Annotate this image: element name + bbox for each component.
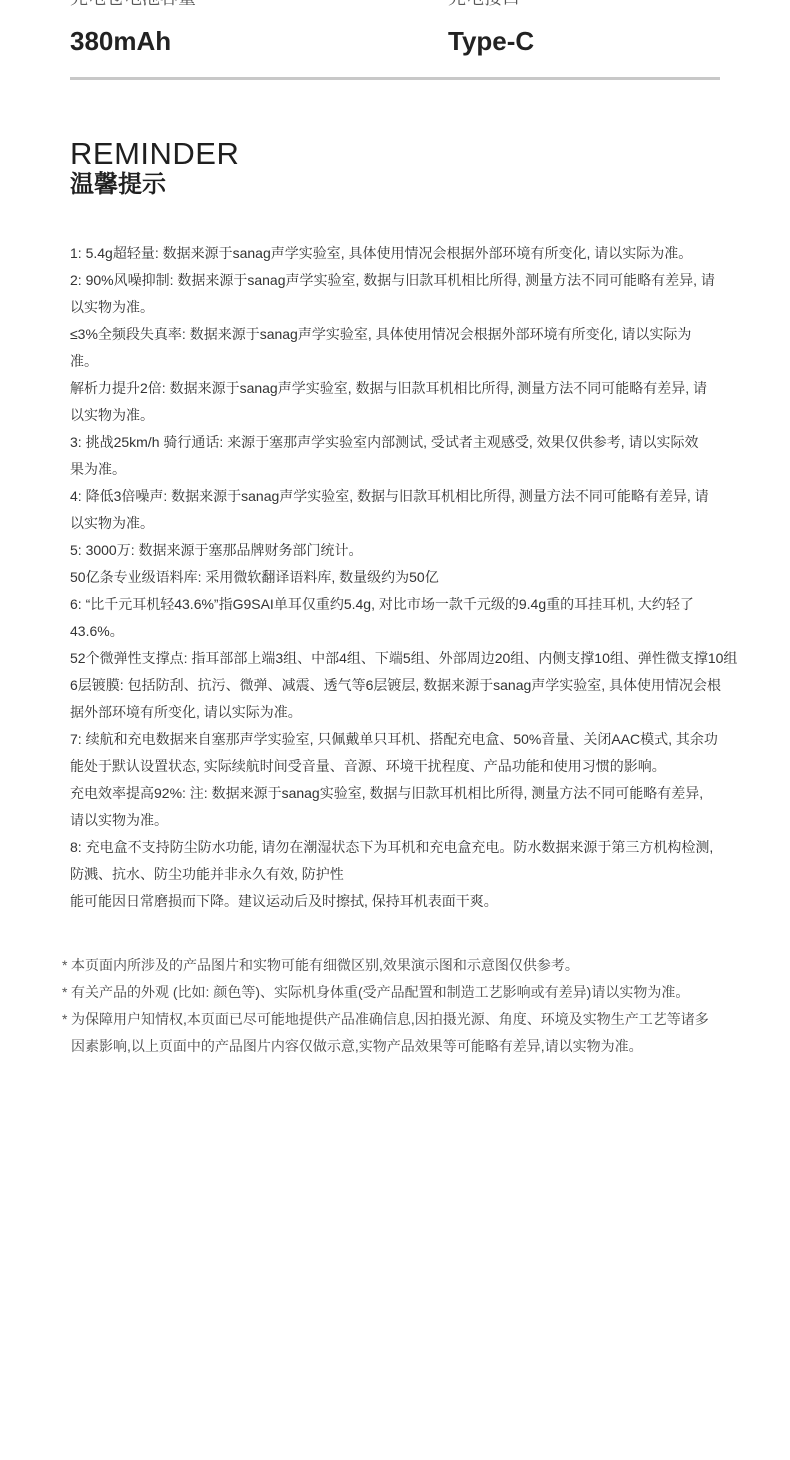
note-line: 4: 降低3倍噪声: 数据来源于sanag声学实验室, 数据与旧款耳机相比所得,… [70, 483, 742, 510]
spec-battery-capacity: 充电仓电池容量 380mAh [70, 0, 196, 56]
note-line: 准。 [70, 348, 742, 375]
disclaimer-item: * 有关产品的外观 (比如: 颜色等)、实际机身体重(受产品配置和制造工艺影响或… [62, 979, 742, 1006]
reminder-notes: 1: 5.4g超轻量: 数据来源于sanag声学实验室, 具体使用情况会根据外部… [70, 240, 742, 915]
note-line: 50亿条专业级语料库: 采用微软翻译语料库, 数量级约为50亿 [70, 564, 742, 591]
note-line: 43.6%。 [70, 618, 742, 645]
disclaimer-item: * 本页面内所涉及的产品图片和实物可能有细微区别,效果演示图和示意图仅供参考。 [62, 952, 742, 979]
asterisk-marker: * [62, 952, 71, 979]
spec-value: 380mAh [70, 26, 196, 56]
note-line: 3: 挑战25km/h 骑行通话: 来源于塞那声学实验室内部测试, 受试者主观感… [70, 429, 742, 456]
asterisk-marker: * [62, 979, 71, 1006]
disclaimer-text: 本页面内所涉及的产品图片和实物可能有细微区别,效果演示图和示意图仅供参考。 [71, 952, 579, 979]
note-line: 2: 90%风噪抑制: 数据来源于sanag声学实验室, 数据与旧款耳机相比所得… [70, 267, 742, 294]
spec-charging-port: 充电接口 Type-C [448, 0, 534, 56]
note-line: 请以实物为准。 [70, 807, 742, 834]
note-line: 以实物为准。 [70, 402, 742, 429]
note-line: 以实物为准。 [70, 294, 742, 321]
note-line: 充电效率提高92%: 注: 数据来源于sanag实验室, 数据与旧款耳机相比所得… [70, 780, 742, 807]
disclaimer-text: 有关产品的外观 (比如: 颜色等)、实际机身体重(受产品配置和制造工艺影响或有差… [71, 979, 689, 1006]
spec-value: Type-C [448, 26, 534, 56]
spec-row: 充电仓电池容量 380mAh 充电接口 Type-C [70, 0, 720, 80]
disclaimer-item: * 为保障用户知情权,本页面已尽可能地提供产品准确信息,因拍摄光源、角度、环境及… [62, 1006, 742, 1060]
note-line: 防溅、抗水、防尘功能并非永久有效, 防护性 [70, 861, 742, 888]
note-line: 据外部环境有所变化, 请以实际为准。 [70, 699, 742, 726]
note-line: 1: 5.4g超轻量: 数据来源于sanag声学实验室, 具体使用情况会根据外部… [70, 240, 742, 267]
reminder-subtitle: 温馨提示 [70, 170, 166, 200]
reminder-title: REMINDER [70, 136, 239, 172]
note-line: 5: 3000万: 数据来源于塞那品牌财务部门统计。 [70, 537, 742, 564]
section-divider [70, 77, 720, 80]
asterisk-marker: * [62, 1006, 71, 1060]
spec-label: 充电接口 [448, 0, 534, 10]
disclaimer-text: 为保障用户知情权,本页面已尽可能地提供产品准确信息,因拍摄光源、角度、环境及实物… [71, 1006, 709, 1060]
note-line: 以实物为准。 [70, 510, 742, 537]
note-line: 7: 续航和充电数据来自塞那声学实验室, 只佩戴单只耳机、搭配充电盒、50%音量… [70, 726, 742, 753]
note-line: 能可能因日常磨损而下降。建议运动后及时擦拭, 保持耳机表面干爽。 [70, 888, 742, 915]
note-line: 果为准。 [70, 456, 742, 483]
disclaimer-list: * 本页面内所涉及的产品图片和实物可能有细微区别,效果演示图和示意图仅供参考。 … [62, 952, 742, 1060]
note-line: 6: “比千元耳机轻43.6%”指G9SAI单耳仅重约5.4g, 对比市场一款千… [70, 591, 742, 618]
note-line: 解析力提升2倍: 数据来源于sanag声学实验室, 数据与旧款耳机相比所得, 测… [70, 375, 742, 402]
note-line: ≤3%全频段失真率: 数据来源于sanag声学实验室, 具体使用情况会根据外部环… [70, 321, 742, 348]
spec-label: 充电仓电池容量 [70, 0, 196, 10]
note-line: 6层镀膜: 包括防刮、抗污、微弹、减震、透气等6层镀层, 数据来源于sanag声… [70, 672, 742, 699]
note-line: 52个微弹性支撑点: 指耳部部上端3组、中部4组、下端5组、外部周边20组、内侧… [70, 645, 742, 672]
note-line: 8: 充电盒不支持防尘防水功能, 请勿在潮湿状态下为耳机和充电盒充电。防水数据来… [70, 834, 742, 861]
note-line: 能处于默认设置状态, 实际续航时间受音量、音源、环境干扰程度、产品功能和使用习惯… [70, 753, 742, 780]
